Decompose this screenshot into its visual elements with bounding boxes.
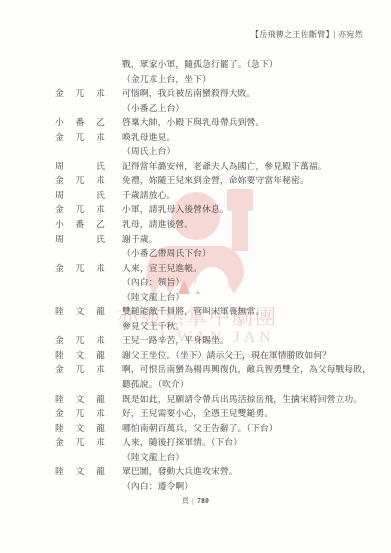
dialogue-text: 戰，眾家小軍，隨孤急行罷了。（急下） <box>122 57 278 72</box>
dialogue-text: 可惱啊，我兵被岳南蠻殺得大敗。 <box>122 86 255 101</box>
dialogue-text: 聽孤說。（吹介） <box>122 377 189 392</box>
script-row: 金兀朮人來，隨後打探軍情。（下台） <box>0 435 391 450</box>
dialogue-text: 謝父王坐位。（坐下）請示父王，現在軍情勝敗如何？ <box>122 348 331 363</box>
script-row: 小番乙乳母，請進後營。 <box>0 217 391 232</box>
script-row: （金兀朮上台，坐下） <box>0 72 391 87</box>
script-row: （小番乙上台） <box>0 101 391 116</box>
speaker-name: 陸文龍 <box>55 304 105 319</box>
script-row: 金兀朮可惱啊，我兵被岳南蠻殺得大敗。 <box>0 86 391 101</box>
speaker-name: 金兀朮 <box>55 130 105 145</box>
footer-page-number: 780 <box>197 497 209 505</box>
dialogue-text: （陸文龍上台） <box>122 290 184 305</box>
script-body: 戰，眾家小軍，隨孤急行罷了。（急下）（金兀朮上台，坐下）金兀朮可惱啊，我兵被岳南… <box>0 57 391 493</box>
speaker-name: 金兀朮 <box>55 173 105 188</box>
dialogue-text: （內白：遵令啊） <box>122 479 193 494</box>
speaker-name: 陸文龍 <box>55 464 105 479</box>
speaker-name: 周氏 <box>55 188 105 203</box>
script-row: 金兀朮王兒一路辛苦，平身賜坐。 <box>0 333 391 348</box>
script-row: 金兀朮小軍，請乳母入後營休息。 <box>0 202 391 217</box>
script-row: 聽孤說。（吹介） <box>0 377 391 392</box>
script-row: 周氏謝千歲。 <box>0 232 391 247</box>
script-row: 金兀朮好，王兒需要小心，全憑王兒雙鎚勇。 <box>0 406 391 421</box>
dialogue-text: 乳母，請進後營。 <box>122 217 193 232</box>
speaker-name: 金兀朮 <box>55 435 105 450</box>
dialogue-text: 千歲請放心。 <box>122 188 175 203</box>
script-row: 金兀朮喚乳母進見。 <box>0 130 391 145</box>
dialogue-text: 眾巴圖，發動大兵進攻宋營。 <box>122 464 238 479</box>
dialogue-text: 啊，可恨岳南蠻為楊再興復仇，敵兵智勇雙全，為父每戰每敗， <box>122 362 371 377</box>
dialogue-text: 人來，宣王兒進帳。 <box>122 261 202 276</box>
script-row: 陸文龍哪怕南朝百萬兵，父王告辭了。（下台） <box>0 421 391 436</box>
script-row: 陸文龍雙鎚能敵千員將，管叫宋軍喪無常。 <box>0 304 391 319</box>
speaker-name: 周氏 <box>55 159 105 174</box>
dialogue-text: 人來，隨後打探軍情。（下台） <box>122 435 242 450</box>
script-row: （周氏上台） <box>0 144 391 159</box>
header-citation: 【岳飛傳之王佐斷臂】| 亦宛然 <box>251 29 363 40</box>
dialogue-text: （小番乙帶周氏下台） <box>122 246 211 261</box>
script-row: 參見父王千秋。 <box>0 319 391 334</box>
dialogue-text: （小番乙上台） <box>122 101 184 116</box>
footer-page-label: 頁 <box>182 497 190 505</box>
script-row: 陸文龍眾巴圖，發動大兵進攻宋營。 <box>0 464 391 479</box>
dialogue-text: 喚乳母進見。 <box>122 130 175 145</box>
speaker-name: 小番乙 <box>55 217 105 232</box>
script-row: 周氏記得當年潞安州，老爺夫人為國亡，參見殿下萬福。 <box>0 159 391 174</box>
dialogue-text: （陸文龍上台） <box>122 450 184 465</box>
dialogue-text: 免禮，妳隨王兒來到金營，命妳要守當年秘密。 <box>122 173 309 188</box>
dialogue-text: 好，王兒需要小心，全憑王兒雙鎚勇。 <box>122 406 273 421</box>
dialogue-text: 雙鎚能敵千員將，管叫宋軍喪無常。 <box>122 304 264 319</box>
speaker-name: 金兀朮 <box>55 202 105 217</box>
script-row: 小番乙啓稟大帥，小殿下與乳母帶兵到營。 <box>0 115 391 130</box>
speaker-name: 金兀朮 <box>55 261 105 276</box>
speaker-name: 陸文龍 <box>55 421 105 436</box>
dialogue-text: 既是如此，兒願請令帶兵出馬活掠岳飛，生擒宋將回營立功。 <box>122 392 362 407</box>
speaker-name: 金兀朮 <box>55 86 105 101</box>
script-row: 金兀朮啊，可恨岳南蠻為楊再興復仇，敵兵智勇雙全，為父每戰每敗， <box>0 362 391 377</box>
speaker-name: 金兀朮 <box>55 406 105 421</box>
script-row: 戰，眾家小軍，隨孤急行罷了。（急下） <box>0 57 391 72</box>
footer-separator: | <box>192 497 194 505</box>
dialogue-text: （金兀朮上台，坐下） <box>122 72 211 87</box>
dialogue-text: （內白：領旨） <box>122 275 184 290</box>
dialogue-text: 記得當年潞安州，老爺夫人為國亡，參見殿下萬福。 <box>122 159 327 174</box>
script-row: （內白：領旨） <box>0 275 391 290</box>
script-row: 陸文龍謝父王坐位。（坐下）請示父王，現在軍情勝敗如何？ <box>0 348 391 363</box>
dialogue-text: 啓稟大帥，小殿下與乳母帶兵到營。 <box>122 115 264 130</box>
dialogue-text: 小軍，請乳母入後營休息。 <box>122 202 229 217</box>
script-row: （陸文龍上台） <box>0 290 391 305</box>
script-row: （陸文龍上台） <box>0 450 391 465</box>
script-row: （小番乙帶周氏下台） <box>0 246 391 261</box>
speaker-name: 周氏 <box>55 232 105 247</box>
dialogue-text: 哪怕南朝百萬兵，父王告辭了。（下台） <box>122 421 278 436</box>
script-row: 周氏千歲請放心。 <box>0 188 391 203</box>
speaker-name: 陸文龍 <box>55 348 105 363</box>
script-row: 金兀朮免禮，妳隨王兒來到金營，命妳要守當年秘密。 <box>0 173 391 188</box>
dialogue-text: （周氏上台） <box>122 144 175 159</box>
dialogue-text: 王兒一路辛苦，平身賜坐。 <box>122 333 229 348</box>
speaker-name: 小番乙 <box>55 115 105 130</box>
footer: 頁|780 <box>0 496 391 506</box>
script-row: 金兀朮人來，宣王兒進帳。 <box>0 261 391 276</box>
speaker-name: 陸文龍 <box>55 392 105 407</box>
dialogue-text: 參見父王千秋。 <box>122 319 184 334</box>
dialogue-text: 謝千歲。 <box>122 232 158 247</box>
script-row: 陸文龍既是如此，兒願請令帶兵出馬活掠岳飛，生擒宋將回營立功。 <box>0 392 391 407</box>
speaker-name: 金兀朮 <box>55 333 105 348</box>
script-page: 亦宛然掌中劇團 I WAN JAN PUPPET THEATER 【岳飛傳之王佐… <box>0 0 391 553</box>
speaker-name: 金兀朮 <box>55 362 105 377</box>
script-row: （內白：遵令啊） <box>0 479 391 494</box>
